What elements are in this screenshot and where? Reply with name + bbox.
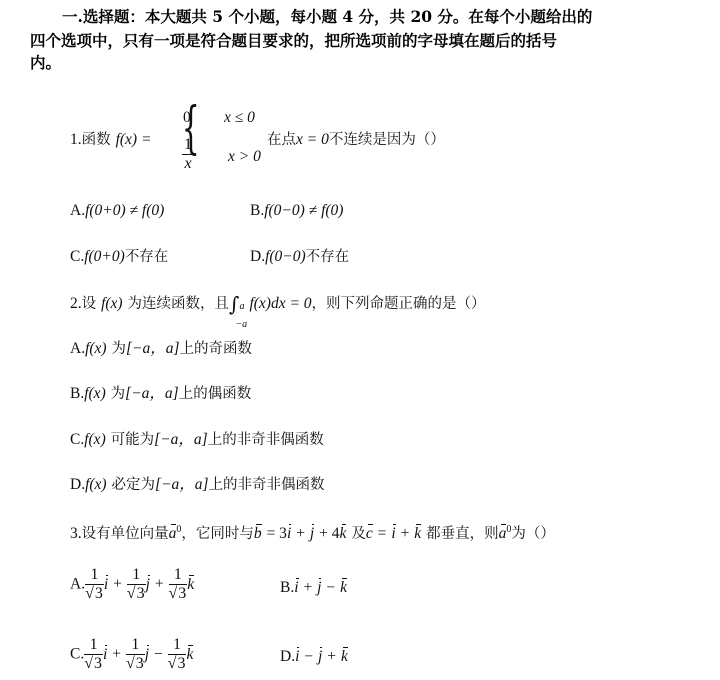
- q3-option-a[interactable]: A.1√3i + 1√3j + 1√3k: [70, 566, 194, 603]
- q2-option-d[interactable]: D.f(x) 必定为[−a，a]上的非奇非偶函数: [70, 473, 325, 496]
- case2-fraction: 1x: [182, 136, 194, 173]
- vector-a: a: [169, 523, 177, 545]
- q3-option-c[interactable]: C.1√3i + 1√3j − 1√3k: [70, 636, 193, 673]
- question-1-suffix: 在点x = 0不连续是因为（）: [267, 128, 445, 151]
- section-header-line2: 四个选项中，只有一项是符合题目要求的，把所选项前的字母填在题后的括号: [30, 30, 557, 52]
- q1-option-c[interactable]: C.f(0+0)不存在: [70, 245, 168, 268]
- case1-condition: x ≤ 0: [224, 107, 255, 129]
- section-header-line1: 一.选择题：本大题共 5 个小题，每小题 4 分，共 20 分。在每个小题给出的: [62, 6, 592, 28]
- vector-b: b: [254, 523, 262, 545]
- question-1: 1.函数 f(x) =: [70, 128, 151, 151]
- case2-condition: x > 0: [228, 146, 261, 168]
- q1-option-a[interactable]: A.f(0+0) ≠ f(0): [70, 199, 164, 222]
- question-2: 2.设 f(x) 为连续函数，且∫a−af(x)dx = 0，则下列命题正确的是…: [70, 290, 486, 315]
- case1-value: 0: [183, 107, 191, 129]
- q2-option-a[interactable]: A.f(x) 为[−a，a]上的奇函数: [70, 337, 252, 360]
- q1-option-b[interactable]: B.f(0−0) ≠ f(0): [250, 199, 343, 222]
- section-header-line3: 内。: [30, 52, 61, 74]
- integral-sign: ∫: [229, 292, 239, 316]
- vector-c: c: [366, 523, 373, 545]
- q3-option-d[interactable]: D.i − j + k: [280, 645, 348, 668]
- q2-option-b[interactable]: B.f(x) 为[−a，a]上的偶函数: [70, 382, 251, 405]
- question-3: 3.设有单位向量a0，它同时与b = 3i + j + 4k 及c = i + …: [70, 519, 555, 545]
- q1-option-d[interactable]: D.f(0−0)不存在: [250, 245, 349, 268]
- function-f: f(x) =: [116, 131, 152, 148]
- q3-option-b[interactable]: B.i + j − k: [280, 576, 347, 599]
- q2-option-c[interactable]: C.f(x) 可能为[−a，a]上的非奇非偶函数: [70, 428, 324, 451]
